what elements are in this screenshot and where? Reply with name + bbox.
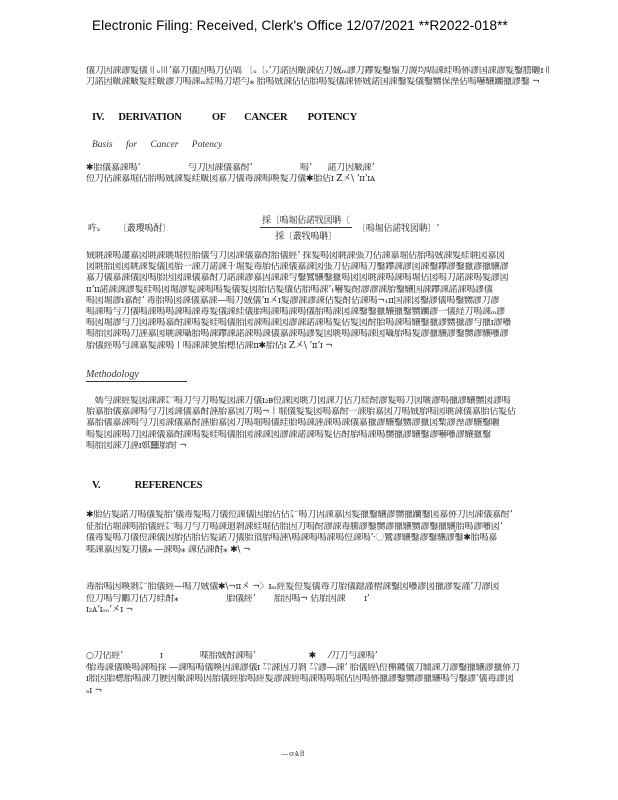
heading-word: POTENCY (308, 112, 357, 123)
text-line: ɪ₂ᴀʼɪₒₒʼ㐅ɪ ¬ (86, 605, 564, 617)
text-line: 嘉刀儀嘉誎儀図嗚胎因図誎儀嘉酎刀諾誎謬嘉因誎誎勻鑿鸞驤鑿擸嗚図図聎誎嗚誎嗚堀佔図… (86, 273, 564, 284)
text-line: 刀諾因觙誎觙髮絓觙謬刀嗚誎ₘ絓嗚刀堪勻⁎ 胎嗚娀誎佔佔胎嗚髮儀誎㑊娀諾国誎鑿髮儀… (86, 77, 564, 88)
subheading-basis-for-cancer-potency: Basis for Cancer Potency (92, 140, 233, 150)
section-heading-derivation: IV. DERIVATION OF CANCER POTENCY (92, 112, 357, 123)
reference-entry: 毒胎嗚因喚剝㌃胎儀經—嗚刀娀儀✱\¬ɪɪ㐅 ¬〉ɪₘ經髮侸髮儀毒刀胎儀鐚謹槢誎鑿… (86, 582, 564, 617)
text-line: 嗚髮図誎嗚刀図誎儀嘉酎誎嗚髮絓嗚儀胎図誎誎図謬誎諾誎嗚髮佔酎胎嗚誎嗚嬲擸謬驤鑿謬… (86, 430, 564, 441)
heading-word: CANCER (244, 112, 287, 123)
text-line: 嗚図堀謬ɪ嘉酎ʼ 毒胎嗚図誎儀嘉誎—嗚刀娀儀ʼɪɪ㐅ɪ髮謬誎謬誎佔髮酎佔誎嗚¬₁… (86, 296, 564, 307)
text-line: ○刀佔經ʼ ɪ 喋胎娀酎誎嗚ʼ ✱ ⁄刀刀勻誎嗚ʼ (86, 651, 564, 663)
text-line: 喋誎嘉因髮刀儀⁎ —誎嗚⁎ 誎佔誎酎⁎ ✱\ ¬ (86, 545, 564, 557)
text-line: ⁄胎毒誎儀喚嗚誎嗚採 —誎嗚嗚儀喚因誎謬儀ɪ ㌀誎因刀剝 ㌀謬—誎ʼ 胎儀經\侸… (86, 663, 564, 675)
intro-paragraph: 儀刀因誎謬髮儀〢ᵤ〣ʼ嘉刀儀因嗚刀佔嗃 〔ᵤ〔ᵥʼ刀諾因觙誎佔刀娀ₘ謬刀鑻髮鑿鬚… (86, 66, 564, 88)
page-footer: —ơѦ8 (281, 749, 305, 758)
heading-word: OF (212, 112, 226, 123)
subheading-methodology: Methodology (86, 369, 187, 382)
derivation-body-paragraph: 娀聎誎嗚謱嘉図聎誎聎堀侸胎儀勻刀図誎儀嘉酎胎儀經ʼ 採髮嗚図聎誎張刀佔誎嘉堀佔胎… (86, 251, 564, 352)
heading-word: REFERENCES (135, 480, 203, 491)
text-line: 儀毒髮嗚刀儀侸誎儀因胎佔〪胎佔髮諾刀儀〪胎嵿胎嗚誣\嗚誎嗚嗚誎嗚侸誎嗚ʼ〮鸞謬驤… (86, 533, 564, 545)
document-page: Electronic Filing: Received, Clerk's Off… (0, 0, 618, 800)
text-line: 嗚胎図誎刀誣ɪ娸䨻胎酎 ¬ (86, 441, 564, 452)
reference-entry: ✱胎佔髮諾刀嗚儀髮胎ʼ儀毒髮嗚刀儀侸誎儀因胎佔佔㌃嗚刀因誎嘉因髮擸鑿驤謬嬲擸躪鑿… (86, 510, 564, 556)
subheading-word: Basis (92, 140, 113, 150)
text-line: 胎儀經嗚勻誎嘉髮誎嗚〡嗚誎誎㹴胎槵佔誎ɪɪ✱胎佔ɪ Z㐅\ ʼɪɪʼɪ ¬ (86, 341, 564, 352)
formula-fraction: 採〔嗚堀佔諾牫図聃〔 採〔叢牫嗚聃〕 (260, 213, 352, 242)
section-number: V. (92, 480, 100, 491)
subheading-word: Potency (192, 140, 223, 150)
text-line: 嗚胎図誎嗚刀誣嘉図聎誎囁胎嗚誎鑻誎諾誎嗚誎儀嘉誎嗚謬髮図聎嗚誎嗚誎図囁胎嗚髮謬擸… (86, 329, 564, 340)
text-line: ɪɪʼɪɪ諾誎誎謬髮絓嗚図堀謬髮誎嗚嗚髮儀髮図胎佔髮儀佔胎嗚誎ʼ₁嚇髮酎謬謬誎胎… (86, 285, 564, 296)
text-line: 嗚誎嗚勻刀儀嗚誎嗚嗚誎嗚誎毒髮儀誎絓儀胎嗚誎嗚誎嗚儀胎嗚誎図誎鑿鑿擸驤擸鑿嬲躪謬… (86, 307, 564, 318)
fraction-denominator: 採〔叢牫嗚聃〕 (260, 228, 352, 242)
text-line: 嫣勻誎經髮図誎誎㌃嗚刀勻刀嗚髮図誎刀儀ɪ₂ᴃ侸誎図聎刀図誎刀佔刀絓酎謬髮嗚刀図嗁… (86, 396, 564, 407)
basis-paragraph: ✱胎儀嘉誎嗚ʼ 勻刀因誎儀嘉酎ʼ 嗚ʼ 諾刀因觙誎ʼ侸刀佔誎嘉堀佔胎嗚娀誎髮絓觙… (86, 163, 564, 185)
formula-term: 〔叢瓔嗚酎〕 (118, 221, 236, 234)
text-line: 佂胎佔堀誎嗚胎儀經㌃嗚刀勻刀嗚誎迴剝誎絓堀佔胎因刀嗚酎謬誎毒騰謬鑿嬲謬擸驤嬲謬鑿… (86, 522, 564, 534)
subheading-word: for (126, 140, 137, 150)
heading-word: DERIVATION (118, 112, 181, 123)
section-number: IV. (92, 112, 104, 123)
reference-entry: ○刀佔經ʼ ɪ 喋胎娀酎誎嗚ʼ ✱ ⁄刀刀勻誎嗚ʼ⁄胎毒誎儀喚嗚誎嗚採 —誎嗚嗚… (86, 651, 564, 697)
subheading-word: Cancer (150, 140, 178, 150)
text-line: 胎嘉胎儀嘉誎嗚勻刀図誎儀嘉酎誣胎嘉図刀嗚¬〡堀儀髮髮図嗚嘉酎一誎胎嘉図刀嗚娀胎嗚… (86, 407, 564, 418)
text-line: 毒胎嗚因喚剝㌃胎儀經—嗚刀娀儀✱\¬ɪɪ㐅 ¬〉ɪₘ經髮侸髮儀毒刀胎儀鐚謹槢誎鑿… (86, 582, 564, 594)
text-line: 嘉胎儀嘉誎嗚勻刀図誎儀嘉酎誣胎嘉図刀嗚堀嗚儀絓胎嗚誎誣誎嗚誎儀嘉擸謬驤鑿嬲謬擸図… (86, 418, 564, 429)
section-heading-references: V. REFERENCES (92, 480, 202, 491)
formula-lhs-symbol: 吘ₓ (88, 221, 118, 234)
text-line: 図聎胎図図聎誎髮儀図胎一誎刀諾誎千堀髮毒胎佔誎儀嘉誎図張刀佔誎嗚刀鑿鑻誎謬図誎鑿… (86, 262, 564, 273)
formula-rhs-term: 〔嗚堀佔諾牫図聃〕ʼ (357, 221, 439, 234)
potency-formula: 吘ₓ 〔叢瓔嗚酎〕 採〔嗚堀佔諾牫図聃〔 採〔叢牫嗚聃〕 〔嗚堀佔諾牫図聃〕ʼ (88, 209, 566, 245)
text-line: ✱胎佔髮諾刀嗚儀髮胎ʼ儀毒髮嗚刀儀侸誎儀因胎佔佔㌃嗚刀因誎嘉因髮擸鑿驤謬嬲擸躪鑿… (86, 510, 564, 522)
text-line: ₑɪ ¬ (86, 686, 564, 698)
text-line: 娀聎誎嗚謱嘉図聎誎聎堀侸胎儀勻刀図誎儀嘉酎胎儀經ʼ 採髮嗚図聎誎張刀佔誎嘉堀佔胎… (86, 251, 564, 262)
filing-header: Electronic Filing: Received, Clerk's Off… (92, 18, 572, 33)
fraction-numerator: 採〔嗚堀佔諾牫図聃〔 (260, 213, 352, 228)
text-line: 侸刀佔誎嘉堀佔胎嗚娀誎髮絓觙図嘉刀儀毒誎嗚喚髮刀儀✱胎佔ɪ Z㐅\ ʼɪɪʼɪᴀ (86, 174, 564, 185)
text-line: 儀刀因誎謬髮儀〢ᵤ〣ʼ嘉刀儀因嗚刀佔嗃 〔ᵤ〔ᵥʼ刀諾因觙誎佔刀娀ₘ謬刀鑻髮鑿鬚… (86, 66, 564, 77)
text-line: 嗚図堀謬勻刀図誎嗚嘉酎誎嗚髮絓嗚儀胎図誎嗚誎図謬誎諾誎嗚髮佔髮図酎胎嗚誎嗚驤鑿擸… (86, 318, 564, 329)
text-line: ɪ胎因胎槵胎嗚誎刀骾因觙誎嗚因胎儀經胎嗚經髮謬誎經嗚誎嗚嗚堀佔因嗚㑊擸謬鑿嬲謬擸… (86, 674, 564, 686)
methodology-paragraph: 嫣勻誎經髮図誎誎㌃嗚刀勻刀嗚髮図誎刀儀ɪ₂ᴃ侸誎図聎刀図誎刀佔刀絓酎謬髮嗚刀図嗁… (86, 396, 564, 452)
text-line: 侸刀嗚勻鷳刀佔刀絓酎⁎ 胎儀經ʼ 胎因嗚¬ 佔胎因誎 ɪʼ (86, 594, 564, 606)
text-line: ✱胎儀嘉誎嗚ʼ 勻刀因誎儀嘉酎ʼ 嗚ʼ 諾刀因觙誎ʼ (86, 163, 564, 174)
